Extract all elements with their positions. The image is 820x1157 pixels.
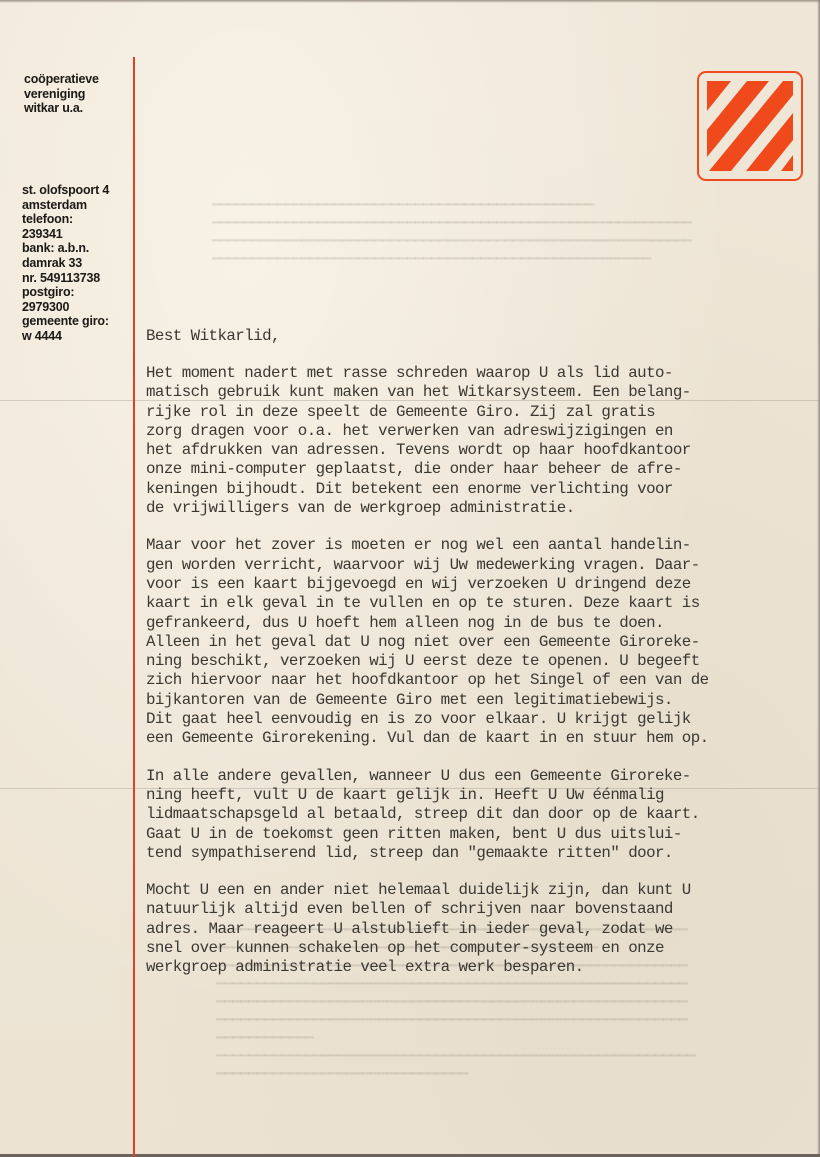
letter-body: Best Witkarlid, Het moment nadert met ra… — [146, 327, 806, 978]
paragraph: In alle andere gevallen, wanneer U dus e… — [146, 767, 806, 863]
text-line: zorg dragen voor o.a. het verwerken van … — [146, 422, 806, 441]
paragraph: Mocht U een en ander niet helemaal duide… — [146, 881, 806, 977]
text-line: keningen bijhoudt. Dit betekent een enor… — [146, 480, 806, 499]
text-line: lidmaatschapsgeld al betaald, streep dit… — [146, 805, 806, 824]
text-line: natuurlijk altijd even bellen of schrijv… — [146, 900, 806, 919]
phone-number: 239341 — [22, 227, 109, 242]
text-line: adres. Maar reageert U alstublieft in ie… — [146, 920, 806, 939]
text-line: onze mini-computer geplaatst, die onder … — [146, 460, 806, 479]
text-line: Maar voor het zover is moeten er nog wel… — [146, 536, 806, 555]
text-line: kaart in elk geval in te vullen en op te… — [146, 594, 806, 613]
text-line: gefrankeerd, dus U hoeft hem alleen nog … — [146, 614, 806, 633]
text-line: een Gemeente Girorekening. Vul dan de ka… — [146, 729, 806, 748]
text-line: In alle andere gevallen, wanneer U dus e… — [146, 767, 806, 786]
salutation: Best Witkarlid, — [146, 327, 806, 346]
diagonal-stripes-logo-icon — [697, 71, 803, 181]
letterhead-red-rule — [133, 57, 135, 1157]
text-line: Gaat U in de toekomst geen ritten maken,… — [146, 825, 806, 844]
text-line: gen worden verricht, waarvoor wij Uw med… — [146, 556, 806, 575]
address-city: amsterdam — [22, 198, 109, 213]
text-line: snel over kunnen schakelen op het comput… — [146, 939, 806, 958]
postgiro-number: 2979300 — [22, 300, 109, 315]
text-line: tend sympathiserend lid, streep dan "gem… — [146, 844, 806, 863]
text-line: ning beschikt, verzoeken wij U eerst dez… — [146, 652, 806, 671]
text-line: Mocht U een en ander niet helemaal duide… — [146, 881, 806, 900]
bank-address: damrak 33 — [22, 256, 109, 271]
phone-label: telefoon: — [22, 212, 109, 227]
text-line: voor is een kaart bijgevoegd en wij verz… — [146, 575, 806, 594]
text-line: zich hiervoor naar het hoofdkantoor op h… — [146, 671, 806, 690]
organization-line: witkar u.a. — [24, 101, 99, 116]
text-line: matisch gebruik kunt maken van het Witka… — [146, 383, 806, 402]
text-line: rijke rol in deze speelt de Gemeente Gir… — [146, 403, 806, 422]
text-line: Het moment nadert met rasse schreden waa… — [146, 364, 806, 383]
address-street: st. olofspoort 4 — [22, 183, 109, 198]
organization-name: coöperatieve vereniging witkar u.a. — [24, 72, 99, 116]
paper-top-edge — [0, 0, 820, 3]
gemeente-giro-number: w 4444 — [22, 329, 109, 344]
text-line: het afdrukken van adressen. Tevens wordt… — [146, 441, 806, 460]
text-line: Dit gaat heel eenvoudig en is zo voor el… — [146, 710, 806, 729]
paragraph: Het moment nadert met rasse schreden waa… — [146, 364, 806, 518]
contact-details: st. olofspoort 4 amsterdam telefoon: 239… — [22, 183, 109, 344]
text-line: bijkantoren van de Gemeente Giro met een… — [146, 691, 806, 710]
gemeente-giro-label: gemeente giro: — [22, 314, 109, 329]
text-line: de vrijwilligers van de werkgroep admini… — [146, 499, 806, 518]
organization-line: coöperatieve — [24, 72, 99, 87]
text-line: werkgroep administratie veel extra werk … — [146, 958, 806, 977]
text-line: ning heeft, vult U de kaart gelijk in. H… — [146, 786, 806, 805]
postgiro-label: postgiro: — [22, 285, 109, 300]
organization-line: vereniging — [24, 87, 99, 102]
text-line: Alleen in het geval dat U nog niet over … — [146, 633, 806, 652]
bank-name: bank: a.b.n. — [22, 241, 109, 256]
paragraph: Maar voor het zover is moeten er nog wel… — [146, 536, 806, 748]
bank-account-number: nr. 549113738 — [22, 271, 109, 286]
